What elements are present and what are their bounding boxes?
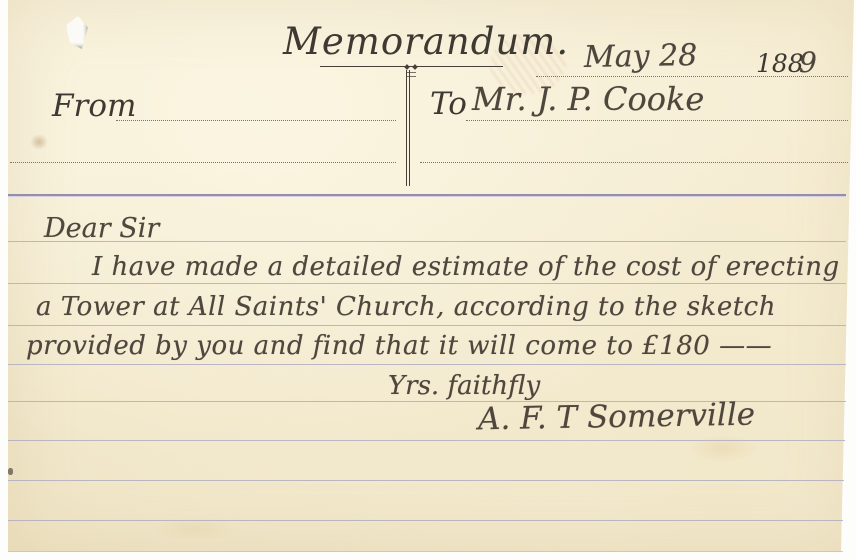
printed-year: 188	[756, 49, 804, 78]
salutation: Dear Sir	[44, 213, 159, 244]
body-line: provided by you and find that it will co…	[26, 331, 772, 361]
to-blank-line	[466, 120, 848, 121]
to-recipient-name: Mr. J. P. Cooke	[472, 80, 704, 118]
memo-title: Memorandum.	[283, 20, 533, 63]
ruled-line	[8, 325, 846, 326]
ruled-line	[8, 440, 845, 441]
column-divider	[406, 70, 410, 186]
blank-line-left	[10, 162, 396, 163]
paper-bottom-edge	[8, 551, 843, 552]
title-ornament	[403, 63, 421, 70]
ruled-line	[8, 283, 846, 284]
from-label: From	[52, 88, 136, 124]
closing: Yrs. faithfly	[388, 371, 540, 401]
signature: A. F. T Somerville	[478, 397, 756, 438]
ruled-line	[8, 520, 843, 521]
memo-scan: Memorandum. From To 188 May 28 9 Mr. J. …	[0, 0, 856, 560]
from-blank-line	[116, 120, 396, 121]
blank-line-right	[420, 162, 848, 163]
ruled-line	[8, 364, 846, 365]
ruled-line	[8, 480, 844, 481]
handwritten-date: May 28	[584, 38, 698, 75]
handwritten-year-digit: 9	[799, 46, 817, 79]
heavy-ruled-line	[8, 194, 846, 196]
body-line: I have made a detailed estimate of the c…	[92, 252, 840, 282]
to-label: To	[430, 86, 467, 122]
body-line: a Tower at All Saints' Church, according…	[36, 292, 776, 322]
